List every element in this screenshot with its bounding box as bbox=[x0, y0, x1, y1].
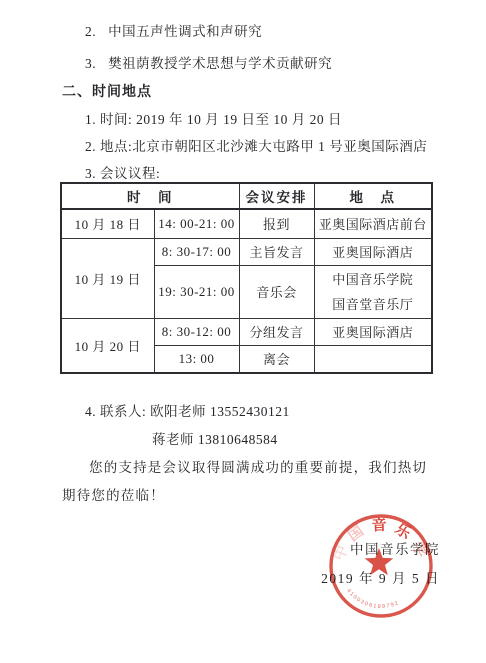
header-location: 地 点 bbox=[314, 183, 432, 209]
cell-time: 13: 00 bbox=[154, 345, 239, 373]
cell-date: 10 月 18 日 bbox=[61, 209, 154, 238]
header-arrangement: 会议安排 bbox=[239, 183, 314, 209]
cell-time: 8: 30-12: 00 bbox=[154, 318, 239, 345]
table-header-row: 时 间 会议安排 地 点 bbox=[61, 183, 432, 209]
cell-time: 8: 30-17: 00 bbox=[154, 238, 239, 265]
contact-line-2: 蒋老师 13810648584 bbox=[152, 428, 278, 448]
seal-arc-char: 国 bbox=[344, 522, 367, 545]
cell-place: 亚奥国际酒店前台 bbox=[314, 209, 432, 238]
cell-event: 离会 bbox=[239, 345, 314, 373]
cell-event: 主旨发言 bbox=[239, 238, 314, 265]
document-page: 2.中国五声性调式和声研究 3.樊祖荫教授学术思想与学术贡献研究 二、时间地点 … bbox=[0, 0, 486, 663]
cell-place: 亚奥国际酒店 bbox=[314, 318, 432, 345]
contact-line-1: 4. 联系人: 欧阳老师 13552430121 bbox=[85, 400, 290, 420]
seal-arc-char: 乐 bbox=[392, 520, 415, 544]
section-heading: 二、时间地点 bbox=[62, 81, 152, 101]
cell-time: 19: 30-21: 00 bbox=[154, 265, 239, 318]
cell-date: 10 月 19 日 bbox=[61, 238, 154, 318]
table-row: 10 月 20 日 8: 30-12: 00 分组发言 亚奥国际酒店 bbox=[61, 318, 432, 345]
list-text: 樊祖荫教授学术思想与学术贡献研究 bbox=[108, 56, 332, 71]
list-item-3: 3.樊祖荫教授学术思想与学术贡献研究 bbox=[85, 52, 332, 72]
seal-arc-char: 音 bbox=[371, 516, 387, 535]
list-number: 2. bbox=[85, 24, 96, 40]
cell-place bbox=[314, 345, 432, 373]
agenda-line: 3. 会议议程: bbox=[85, 162, 160, 182]
table-row: 10 月 18 日 14: 00-21: 00 报到 亚奥国际酒店前台 bbox=[61, 209, 432, 238]
seal-arc-char: 学 bbox=[408, 539, 431, 560]
place-line2: 国音堂音乐厅 bbox=[317, 292, 430, 317]
closing-paragraph: 您的支持是会议取得圆满成功的重要前提，我们热切期待您的莅临！ bbox=[62, 454, 436, 510]
schedule-table: 时 间 会议安排 地 点 10 月 18 日 14: 00-21: 00 报到 … bbox=[60, 182, 433, 374]
seal-arc-char: 院 bbox=[321, 506, 329, 510]
star-icon bbox=[365, 548, 394, 575]
time-line: 1. 时间: 2019 年 10 月 19 日至 10 月 20 日 bbox=[85, 108, 342, 128]
seal-stamp: 中 国 音 乐 学 院 4100306189792 bbox=[321, 506, 441, 626]
list-item-2: 2.中国五声性调式和声研究 bbox=[85, 20, 262, 40]
cell-event: 分组发言 bbox=[239, 318, 314, 345]
list-text: 中国五声性调式和声研究 bbox=[108, 24, 262, 39]
list-number: 3. bbox=[85, 56, 96, 72]
cell-time: 14: 00-21: 00 bbox=[154, 209, 239, 238]
place-line1: 中国音乐学院 bbox=[317, 267, 430, 292]
cell-place: 中国音乐学院 国音堂音乐厅 bbox=[314, 265, 432, 318]
cell-event: 音乐会 bbox=[239, 265, 314, 318]
table-row: 10 月 19 日 8: 30-17: 00 主旨发言 亚奥国际酒店 bbox=[61, 238, 432, 265]
cell-event: 报到 bbox=[239, 209, 314, 238]
cell-place: 亚奥国际酒店 bbox=[314, 238, 432, 265]
cell-date: 10 月 20 日 bbox=[61, 318, 154, 373]
header-time: 时 间 bbox=[61, 183, 239, 209]
place-line: 2. 地点:北京市朝阳区北沙滩大屯路甲 1 号亚奥国际酒店 bbox=[85, 135, 427, 155]
